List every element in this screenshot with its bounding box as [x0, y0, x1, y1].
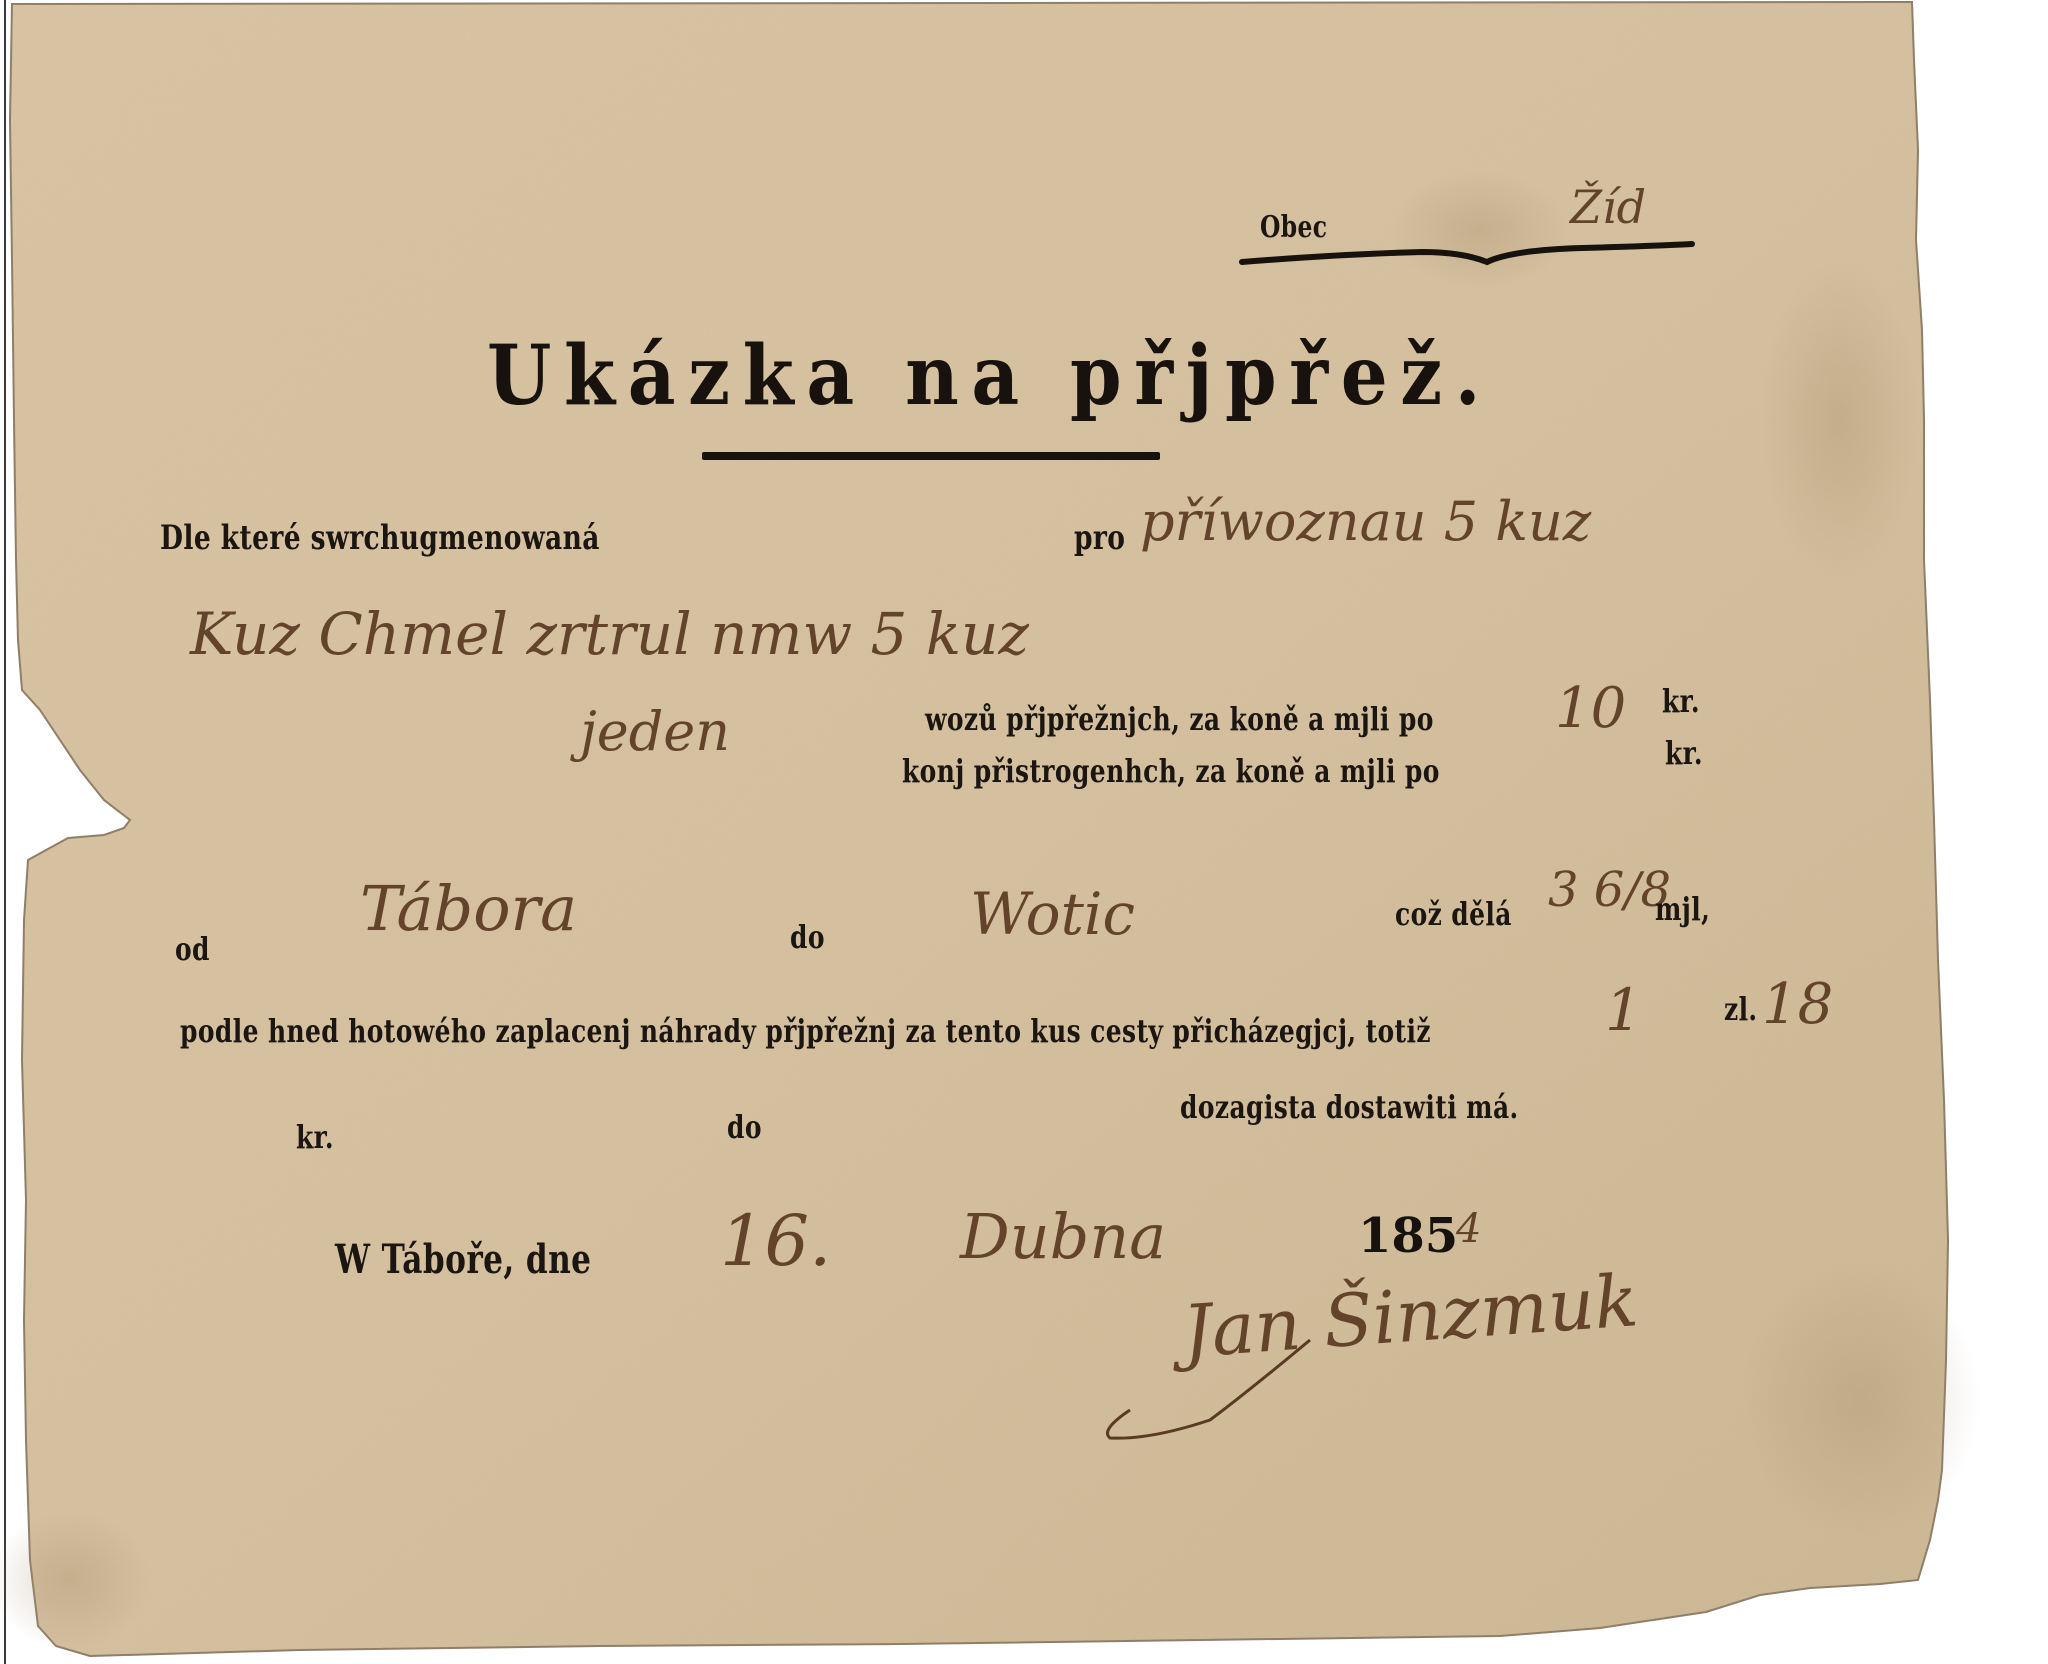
year-printed: 185 [1358, 1208, 1458, 1264]
horse-rate-unit: kr. [1665, 734, 1703, 772]
route-to-value: Wotic [970, 880, 1135, 948]
wagon-rate-unit: kr. [1662, 682, 1700, 720]
intro-text: Dle které swrchugmenowaná [160, 518, 600, 558]
purpose-handwritten-cont: Kuz Chmel zrtrul nmw 5 kuz [190, 600, 1029, 668]
delivery-text: dozagista dostawiti má. [1180, 1088, 1519, 1126]
kr-label: kr. [296, 1118, 334, 1156]
payment-kr-value: 18 [1762, 972, 1833, 1037]
pro-label: pro [1074, 518, 1125, 558]
signature-flourish [1090, 1330, 1330, 1450]
route-to-label: do [790, 918, 825, 956]
payment-text: podle hned hotowého zaplacenj náhrady př… [180, 1012, 1431, 1050]
route-from-value: Tábora [360, 872, 577, 945]
date-day: 16. [720, 1200, 831, 1282]
obec-underline [1222, 240, 1702, 270]
distance-value: 3 6/8 [1548, 862, 1671, 918]
wagon-count-handwritten: jeden [580, 700, 730, 763]
wagon-rate-value: 10 [1555, 676, 1626, 741]
title-underline [702, 452, 1160, 460]
horses-rate-text: konj přistrogenhch, za koně a mjli po [902, 752, 1440, 790]
year-handwritten: 4 [1456, 1206, 1481, 1252]
obec-value: Žíd [1570, 180, 1646, 234]
purpose-handwritten: příwoznau 5 kuz [1140, 490, 1591, 553]
payment-zl-value: 1 [1605, 976, 1642, 1044]
route-from-label: od [175, 930, 210, 968]
form-content: Obec Žíd Ukázka na přjpřež. Dle které sw… [0, 0, 2048, 1664]
document-scan: Obec Žíd Ukázka na přjpřež. Dle které sw… [0, 0, 2048, 1664]
delivery-to-label: do [727, 1108, 762, 1146]
payment-zl-unit: zl. [1724, 990, 1758, 1028]
date-month: Dubna [960, 1200, 1166, 1273]
distance-unit: mjl, [1655, 890, 1710, 928]
place-label: W Táboře, dne [335, 1236, 591, 1283]
wagons-rate-text: wozů přjpřežnjch, za koně a mjli po [925, 700, 1434, 738]
page-title: Ukázka na přjpřež. [487, 328, 1493, 424]
distance-label: což dělá [1395, 895, 1512, 933]
